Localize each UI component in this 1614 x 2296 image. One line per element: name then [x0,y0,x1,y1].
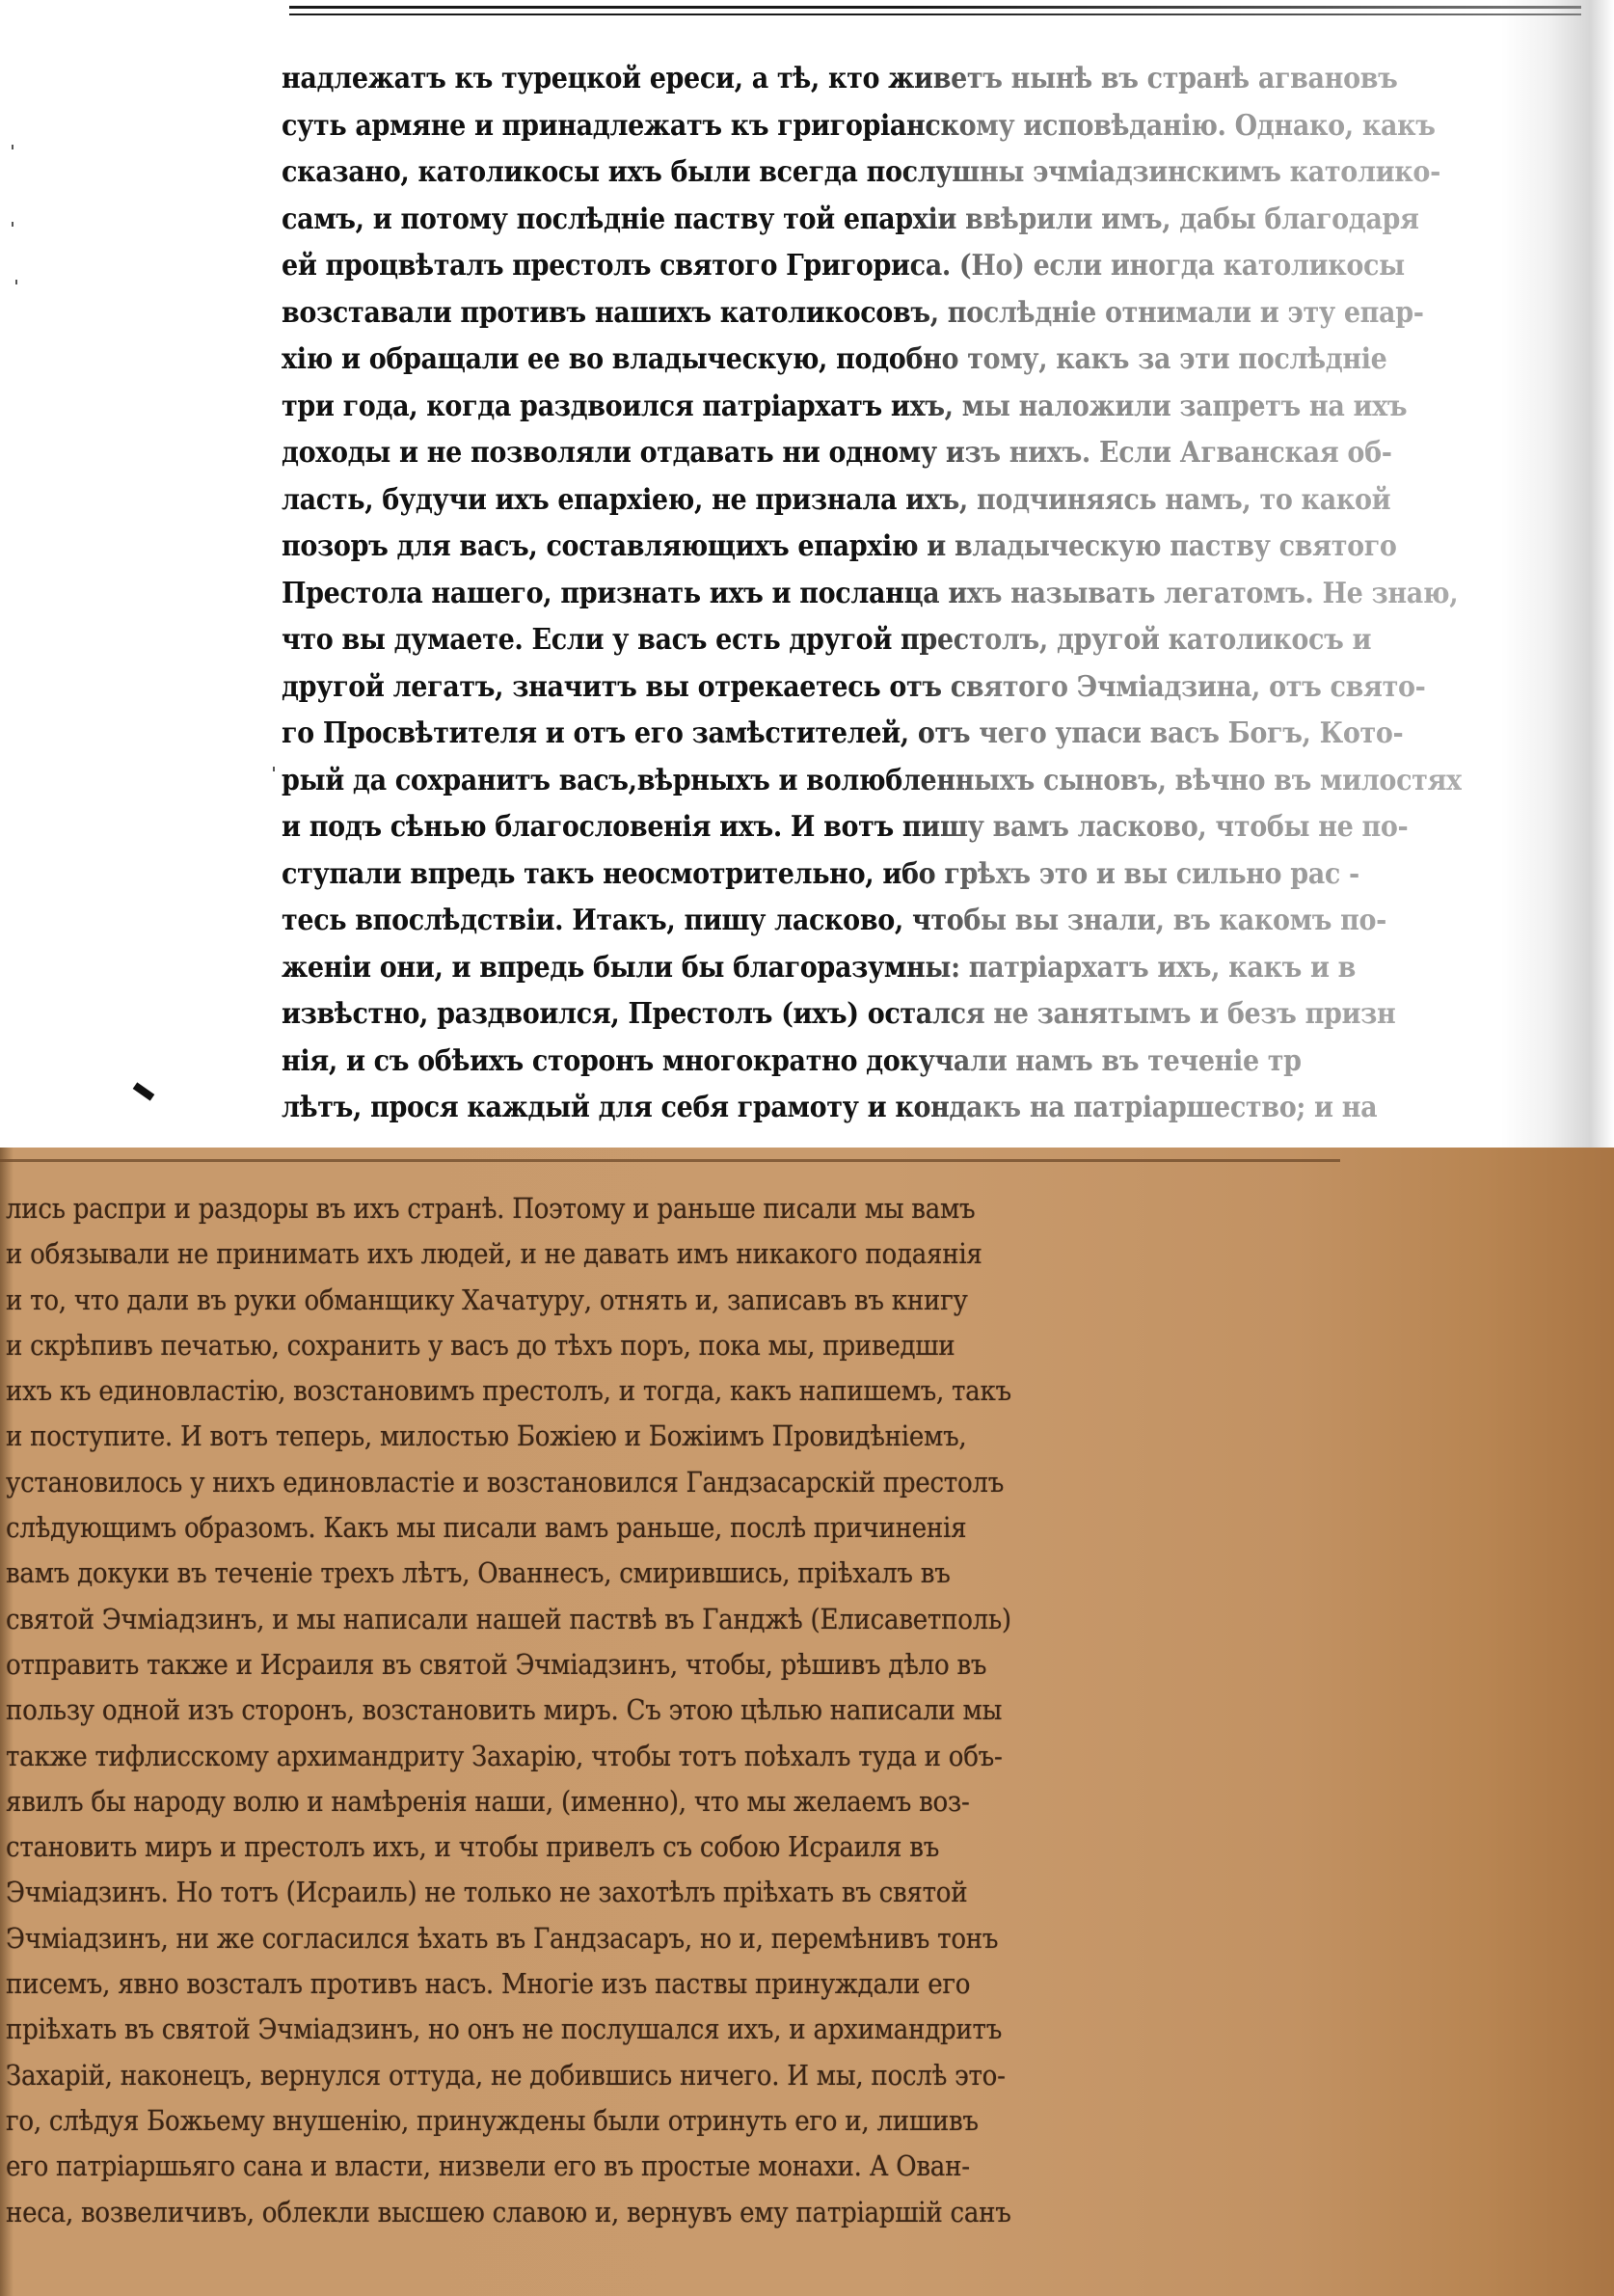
text-line: доходы и не позволяли отдавать ни одному… [282,430,1462,477]
scan-speck [273,767,275,771]
text-line: что вы думаете. Если у васъ есть другой … [282,617,1462,664]
scan-speck [12,222,13,227]
text-line: ступали впредь такъ неосмотрительно, ибо… [282,851,1462,899]
scan-speck [15,280,17,284]
page-edge-line [0,1159,1340,1162]
text-line: пользу одной изъ сторонъ, возстановить м… [6,1688,1221,1733]
text-line: извѣстно, раздвоился, Престолъ (ихъ) ост… [282,991,1462,1039]
text-line: неса, возвеличивъ, облекли высшею славою… [6,2190,1221,2235]
text-line: ихъ къ единовластію, возстановимъ престо… [6,1368,1221,1414]
text-line: лись распри и раздоры въ ихъ странѣ. Поэ… [6,1186,1221,1231]
text-line: Престола нашего, признать ихъ и посланца… [282,571,1462,618]
header-rule-top [289,6,1581,9]
text-line: и то, что дали въ руки обманщику Хачатур… [6,1278,1221,1323]
text-line: рый да сохранитъ васъ,вѣрныхъ и волюблен… [282,758,1462,805]
text-line: хію и обращали ее во владыческую, подобн… [282,337,1462,384]
header-rule-bottom [289,14,1581,15]
text-line: писемъ, явно возсталъ противъ насъ. Мног… [6,1961,1221,2007]
text-line: и поступите. И вотъ теперь, милостью Бож… [6,1414,1221,1459]
scan-speck [12,145,13,149]
text-line: слѣдующимъ образомъ. Какъ мы писали вамъ… [6,1505,1221,1551]
text-line: го, слѣдуя Божьему внушенію, принуждены … [6,2098,1221,2144]
text-line: лѣтъ, прося каждый для себя грамоту и ко… [282,1085,1462,1132]
text-line: нія, и съ обѣихъ сторонъ многократно док… [282,1039,1462,1086]
top-page-text: надлежатъ къ турецкой ереси, а тѣ, кто ж… [282,56,1593,1132]
bottom-page-text: лись распри и раздоры въ ихъ странѣ. Поэ… [6,1186,1356,2235]
scanned-page-bottom: лись распри и раздоры въ ихъ странѣ. Поэ… [0,1148,1614,2296]
text-line: и скрѣпивъ печатью, сохранить у васъ до … [6,1323,1221,1368]
text-line: также тифлисскому архимандриту Захарію, … [6,1734,1221,1779]
text-line: явилъ бы народу волю и намѣренія наши, (… [6,1779,1221,1824]
text-line: го Просвѣтителя и отъ его замѣстителей, … [282,711,1462,758]
text-line: ласть, будучи ихъ епархіею, не признала … [282,477,1462,525]
text-line: тесь впослѣдствіи. Итакъ, пишу ласково, … [282,898,1462,945]
text-line: Эчміадзинъ. Но тотъ (Исраиль) не только … [6,1870,1221,1915]
text-line: пріѣхать въ святой Эчміадзинъ, но онъ не… [6,2007,1221,2052]
text-line: самъ, и потому послѣдніе паству той епар… [282,197,1462,244]
text-line: святой Эчміадзинъ, и мы написали нашей п… [6,1597,1221,1642]
text-line: его патріаршьяго сана и власти, низвели … [6,2144,1221,2189]
text-line: и подъ сѣнью благословенія ихъ. И вотъ п… [282,804,1462,851]
text-line: ей процвѣталъ престолъ святого Григориса… [282,243,1462,290]
text-line: вамъ докуки въ теченіе трехъ лѣтъ, Ованн… [6,1551,1221,1596]
text-line: становить миръ и престолъ ихъ, и чтобы п… [6,1824,1221,1870]
text-line: женіи они, и впредь были бы благоразумны… [282,945,1462,992]
text-line: другой легатъ, значитъ вы отрекаетесь от… [282,664,1462,712]
text-line: установилось у нихъ единовластіе и возст… [6,1460,1221,1505]
text-line: Эчміадзинъ, ни же согласился ѣхать въ Га… [6,1916,1221,1961]
scanned-page-top: надлежатъ къ турецкой ереси, а тѣ, кто ж… [0,0,1614,1148]
text-line: надлежатъ къ турецкой ереси, а тѣ, кто ж… [282,56,1462,103]
text-line: и обязывали не принимать ихъ людей, и не… [6,1231,1221,1277]
text-line: позоръ для васъ, составляющихъ епархію и… [282,524,1462,571]
text-line: отправить также и Исраиля въ святой Эчмі… [6,1642,1221,1688]
margin-pen-mark [133,1082,155,1100]
text-line: суть армяне и принадлежатъ къ григоріанс… [282,103,1462,150]
text-line: возставали противъ нашихъ католикосовъ, … [282,290,1462,338]
text-line: Захарій, наконецъ, вернулся оттуда, не д… [6,2053,1221,2098]
text-line: три года, когда раздвоился патріархатъ и… [282,384,1462,431]
text-line: сказано, католикосы ихъ были всегда посл… [282,149,1462,197]
